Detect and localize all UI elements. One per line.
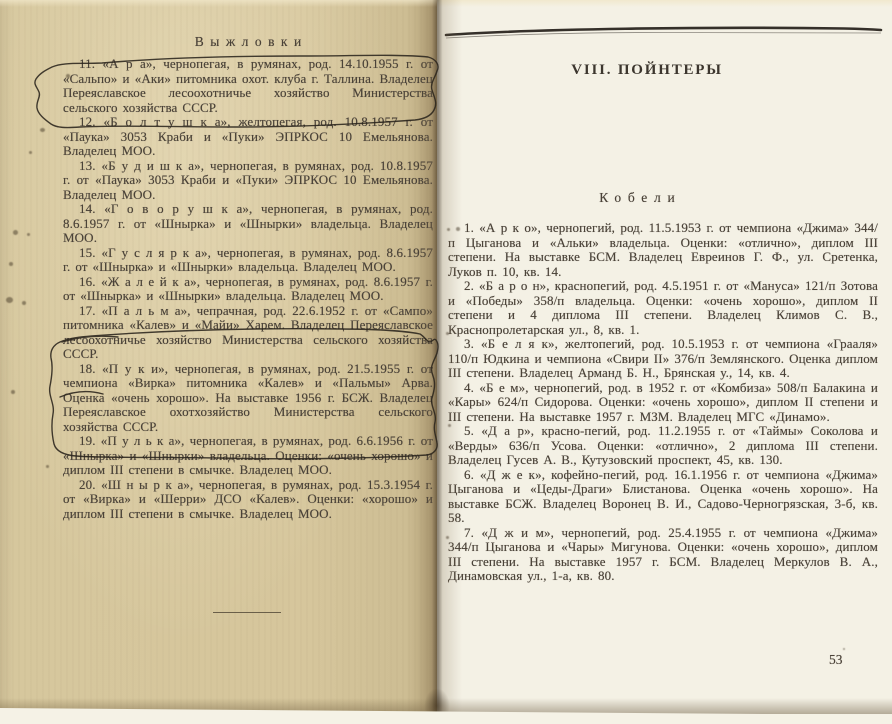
ink-speck (446, 332, 449, 335)
ink-speck (29, 151, 32, 154)
catalog-entry: 3. «Б е л я к», желтопегий, род. 10.5.19… (448, 337, 878, 381)
catalog-entry: 15. «Г у с л я р к а», чернопегая, в рум… (63, 246, 433, 275)
chapter-double-rule (444, 24, 884, 40)
catalog-entry: 18. «П у к и», чернопегая, в румянах, ро… (63, 362, 433, 435)
chapter-title: VIII. ПОЙНТЕРЫ (437, 62, 857, 79)
book-scan: Выжловки 11. «А р а», чернопегая, в румя… (0, 0, 892, 724)
catalog-entry: 13. «Б у д и ш к а», чернопегая, в румян… (63, 159, 433, 203)
right-entries-list: 1. «А р к о», чернопегий, род. 11.5.1953… (448, 221, 878, 584)
left-entries-list: 11. «А р а», чернопегая, в румянах, род.… (63, 57, 433, 521)
catalog-entry: 20. «Ш н ы р к а», чернопегая, в румянах… (63, 478, 433, 522)
ink-speck (27, 233, 30, 236)
ink-speck (6, 297, 13, 303)
ink-speck (448, 424, 451, 427)
page-number: 53 (829, 652, 843, 668)
ink-speck (66, 74, 70, 78)
catalog-entry: 2. «Б а р о н», краснопегий, род. 4.5.19… (448, 279, 878, 337)
catalog-entry: 11. «А р а», чернопегая, в румянах, род.… (63, 57, 433, 115)
section-divider-rule (213, 612, 281, 613)
catalog-entry: 5. «Д а р», красно-пегий, род. 11.2.1955… (448, 424, 878, 468)
ink-speck (13, 230, 18, 235)
catalog-entry: 12. «Б о л т у ш к а», желтопегая, род. … (63, 115, 433, 159)
subheading-kobeli: Кобели (437, 190, 837, 206)
running-head: Выжловки (62, 34, 434, 50)
ink-speck (456, 227, 460, 231)
binding-gutter-shadow (418, 0, 462, 712)
catalog-entry: 14. «Г о в о р у ш к а», чернопегая, в р… (63, 202, 433, 246)
ink-speck (22, 301, 26, 305)
catalog-entry: 16. «Ж а л е й к а», чернопегая, в румян… (63, 275, 433, 304)
catalog-entry: 1. «А р к о», чернопегий, род. 11.5.1953… (448, 221, 878, 279)
ink-speck (11, 390, 15, 394)
ink-speck (446, 536, 449, 539)
catalog-entry: 4. «Б е м», чернопегий, род. в 1952 г. о… (448, 381, 878, 425)
catalog-entry: 19. «П у л ь к а», чернопегая, в румянах… (63, 434, 433, 478)
ink-speck (40, 128, 45, 132)
ink-speck (843, 648, 845, 650)
left-page: Выжловки 11. «А р а», чернопегая, в румя… (0, 0, 437, 712)
catalog-entry: 6. «Д ж е к», кофейно-пегий, род. 16.1.1… (448, 468, 878, 526)
ink-speck (447, 228, 450, 231)
catalog-entry: 17. «П а л ь м а», чепрачная, род. 22.6.… (63, 304, 433, 362)
right-page: VIII. ПОЙНТЕРЫ Кобели 1. «А р к о», черн… (437, 0, 892, 712)
ink-speck (9, 262, 13, 266)
catalog-entry: 7. «Д ж и м», чернопегий, род. 25.4.1955… (448, 526, 878, 584)
ink-speck (46, 465, 49, 468)
